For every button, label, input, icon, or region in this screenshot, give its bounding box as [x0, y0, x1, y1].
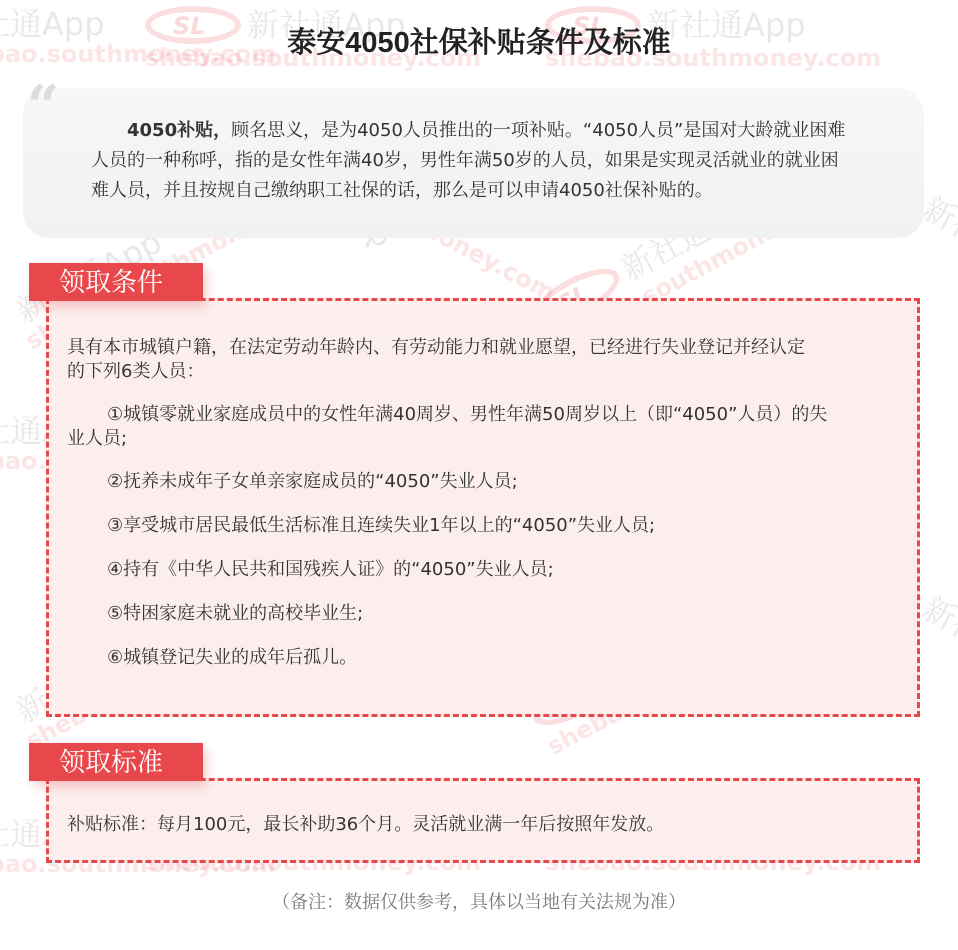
intro-line-1: 4050补贴，顾名思义，是为4050人员推出的一项补贴。“4050人员”是国对大…: [91, 116, 921, 146]
intro-line-3: 难人员，并且按规自己缴纳职工社保的话，那么是可以申请4050社保补贴的。: [91, 176, 921, 206]
intro-line-1-rest: 顾名思义，是为4050人员推出的一项补贴。“4050人员”是国对大龄就业困难: [231, 120, 845, 141]
intro-quote-box: “ 4050补贴，顾名思义，是为4050人员推出的一项补贴。“4050人员”是国…: [23, 88, 924, 238]
disclaimer-note: （备注：数据仅供参考，具体以当地有关法规为准）: [0, 888, 958, 914]
conditions-heading: 领取条件: [29, 263, 203, 301]
standard-heading: 领取标准: [29, 743, 203, 781]
condition-item-4: ④持有《中华人民共和国残疾人证》的“4050”失业人员;: [67, 558, 554, 582]
intro-line-2: 人员的一种称呼，指的是女性年满40岁，男性年满50岁的人员，如果是实现灵活就业的…: [91, 146, 921, 176]
intro-bold-lead: 4050补贴，: [127, 120, 231, 141]
condition-item-1-cont: 业人员;: [67, 427, 127, 451]
quote-mark-icon: “: [27, 78, 59, 134]
condition-item-5: ⑤特困家庭未就业的高校毕业生;: [67, 602, 363, 626]
condition-item-1: ①城镇零就业家庭成员中的女性年满40周岁、男性年满50周岁以上（即“4050”人…: [67, 403, 827, 427]
condition-item-3: ③享受城市居民最低生活标准且连续失业1年以上的“4050”失业人员;: [67, 514, 655, 538]
page-title: 泰安4050社保补贴条件及标准: [0, 20, 958, 61]
condition-item-2: ②抚养未成年子女单亲家庭成员的“4050”失业人员;: [67, 470, 518, 494]
conditions-lead-line-1: 具有本市城镇户籍，在法定劳动年龄内、有劳动能力和就业愿望，已经进行失业登记并经认…: [67, 336, 805, 360]
conditions-lead-line-2: 的下列6类人员：: [67, 360, 204, 384]
standard-text: 补贴标准：每月100元，最长补助36个月。灵活就业满一年后按照年发放。: [67, 813, 664, 837]
condition-item-6: ⑥城镇登记失业的成年后孤儿。: [67, 646, 357, 670]
